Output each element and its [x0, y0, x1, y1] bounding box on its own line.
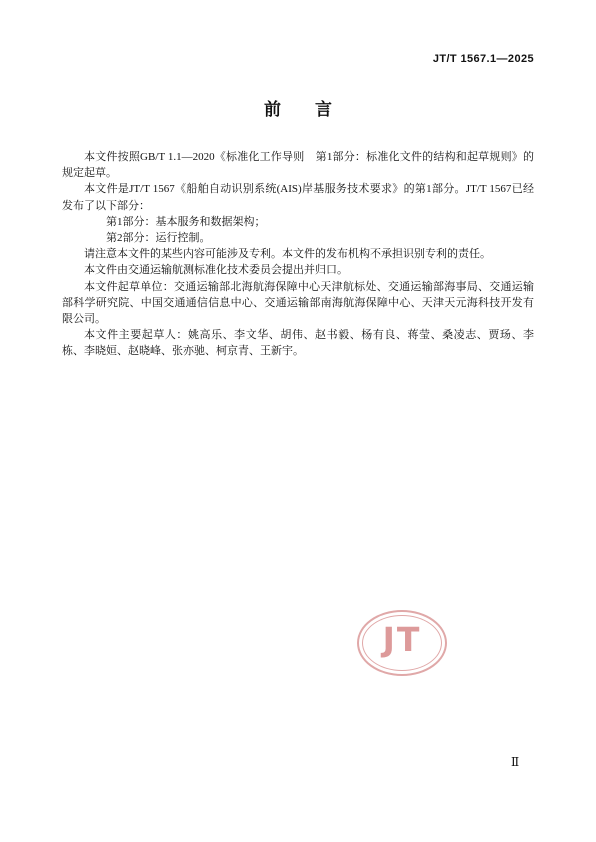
jt-logo-watermark: JT	[357, 610, 447, 676]
standard-number-header: JT/T 1567.1—2025	[62, 53, 534, 65]
page-number: Ⅱ	[511, 755, 519, 770]
foreword-paragraph: 本文件是JT/T 1567《船舶自动识别系统(AIS)岸基服务技术要求》的第1部…	[62, 181, 534, 213]
foreword-paragraph: 本文件按照GB/T 1.1—2020《标准化工作导则 第1部分：标准化文件的结构…	[62, 149, 534, 181]
foreword-paragraph: 本文件主要起草人：姚高乐、李文华、胡伟、赵书毅、杨有良、蒋莹、桑凌志、贾玚、李栋…	[62, 327, 534, 359]
parts-list-item: 第2部分：运行控制。	[62, 230, 534, 246]
foreword-body: 本文件按照GB/T 1.1—2020《标准化工作导则 第1部分：标准化文件的结构…	[62, 149, 534, 360]
jt-logo-text: JT	[357, 623, 447, 656]
parts-list-item: 第1部分：基本服务和数据架构；	[62, 214, 534, 230]
foreword-paragraph: 本文件由交通运输航测标准化技术委员会提出并归口。	[62, 262, 534, 278]
page-title: 前 言	[0, 95, 596, 120]
foreword-paragraph: 请注意本文件的某些内容可能涉及专利。本文件的发布机构不承担识别专利的责任。	[62, 246, 534, 262]
document-page: JT/T 1567.1—2025 前 言 本文件按照GB/T 1.1—2020《…	[0, 0, 596, 842]
foreword-paragraph: 本文件起草单位：交通运输部北海航海保障中心天津航标处、交通运输部海事局、交通运输…	[62, 279, 534, 328]
